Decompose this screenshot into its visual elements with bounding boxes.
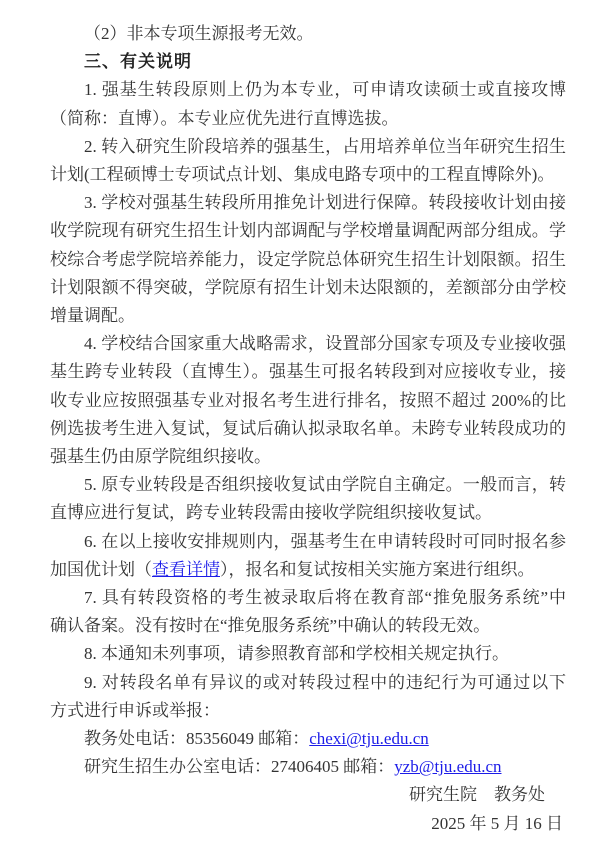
view-details-link[interactable]: 查看详情: [152, 560, 220, 579]
text-line: 例选拔考生进入复试，复试后确认拟录取名单。未跨专业转段成功的: [50, 415, 566, 443]
date-line: 2025 年 5 月 16 日: [50, 810, 566, 838]
text-line: 7. 具有转段资格的考生被录取后将在教育部“推免服务系统”中: [50, 584, 566, 612]
text-line: 直博应进行复试，跨专业转段需由接收学院组织接收复试。: [50, 499, 566, 527]
text-line: 6. 在以上接收安排规则内，强基考生在申请转段时可同时报名参: [50, 528, 566, 556]
text-line: （简称：直博）。本专业应优先进行直博选拔。: [50, 105, 566, 133]
text-line: 方式进行申诉或举报：: [50, 697, 566, 725]
text-segment: 研究生招生办公室电话：27406405 邮箱：: [84, 757, 394, 776]
text-line: 3. 学校对强基生转段所用推免计划进行保障。转段接收计划由接: [50, 189, 566, 217]
text-line: 计划限额不得突破，学院原有招生计划未达限额的，差额部分由学校: [50, 274, 566, 302]
text-line: 收专业应按照强基专业对报名考生进行排名，按照不超过 200%的比: [50, 387, 566, 415]
text-line: 校综合考虑学院培养能力，设定学院总体研究生招生计划限额。招生: [50, 246, 566, 274]
document-page: （2）非本专项生源报考无效。三、有关说明1. 强基生转段原则上仍为本专业，可申请…: [0, 0, 600, 857]
jwc-email-link[interactable]: chexi@tju.edu.cn: [309, 729, 429, 748]
text-line: 确认备案。没有按时在“推免服务系统”中确认的转段无效。: [50, 612, 566, 640]
text-line: 1. 强基生转段原则上仍为本专业，可申请攻读硕士或直接攻博: [50, 76, 566, 104]
text-line: 研究生招生办公室电话：27406405 邮箱：yzb@tju.edu.cn: [50, 753, 566, 781]
text-line: 收学院现有研究生招生计划内部调配与学校增量调配两部分组成。学: [50, 217, 566, 245]
text-line: 2. 转入研究生阶段培养的强基生，占用培养单位当年研究生招生: [50, 133, 566, 161]
text-segment: ），报名和复试按相关实施方案进行组织。: [220, 560, 535, 579]
text-line: 教务处电话：85356049 邮箱：chexi@tju.edu.cn: [50, 725, 566, 753]
document-body: （2）非本专项生源报考无效。三、有关说明1. 强基生转段原则上仍为本专业，可申请…: [50, 20, 566, 838]
text-line: 加国优计划（查看详情），报名和复试按相关实施方案进行组织。: [50, 556, 566, 584]
text-line: 9. 对转段名单有异议的或对转段过程中的违纪行为可通过以下: [50, 669, 566, 697]
text-line: 计划(工程硕博士专项试点计划、集成电路专项中的工程直博除外)。: [50, 161, 566, 189]
text-line: 基生跨专业转段（直博生）。强基生可报名转段到对应接收专业，接: [50, 358, 566, 386]
text-line: 增量调配。: [50, 302, 566, 330]
text-line: 强基生仍由原学院组织接收。: [50, 443, 566, 471]
text-segment: 教务处电话：85356049 邮箱：: [84, 729, 309, 748]
text-line: 5. 原专业转段是否组织接收复试由学院自主确定。一般而言，转: [50, 471, 566, 499]
text-segment: 加国优计划（: [50, 560, 152, 579]
text-line: 8. 本通知未列事项，请参照教育部和学校相关规定执行。: [50, 640, 566, 668]
signature-line: 研究生院 教务处: [50, 781, 566, 809]
text-line: 4. 学校结合国家重大战略需求，设置部分国家专项及专业接收强: [50, 330, 566, 358]
text-line: （2）非本专项生源报考无效。: [50, 20, 566, 48]
section-heading: 三、有关说明: [50, 48, 566, 76]
yzb-email-link[interactable]: yzb@tju.edu.cn: [394, 757, 501, 776]
